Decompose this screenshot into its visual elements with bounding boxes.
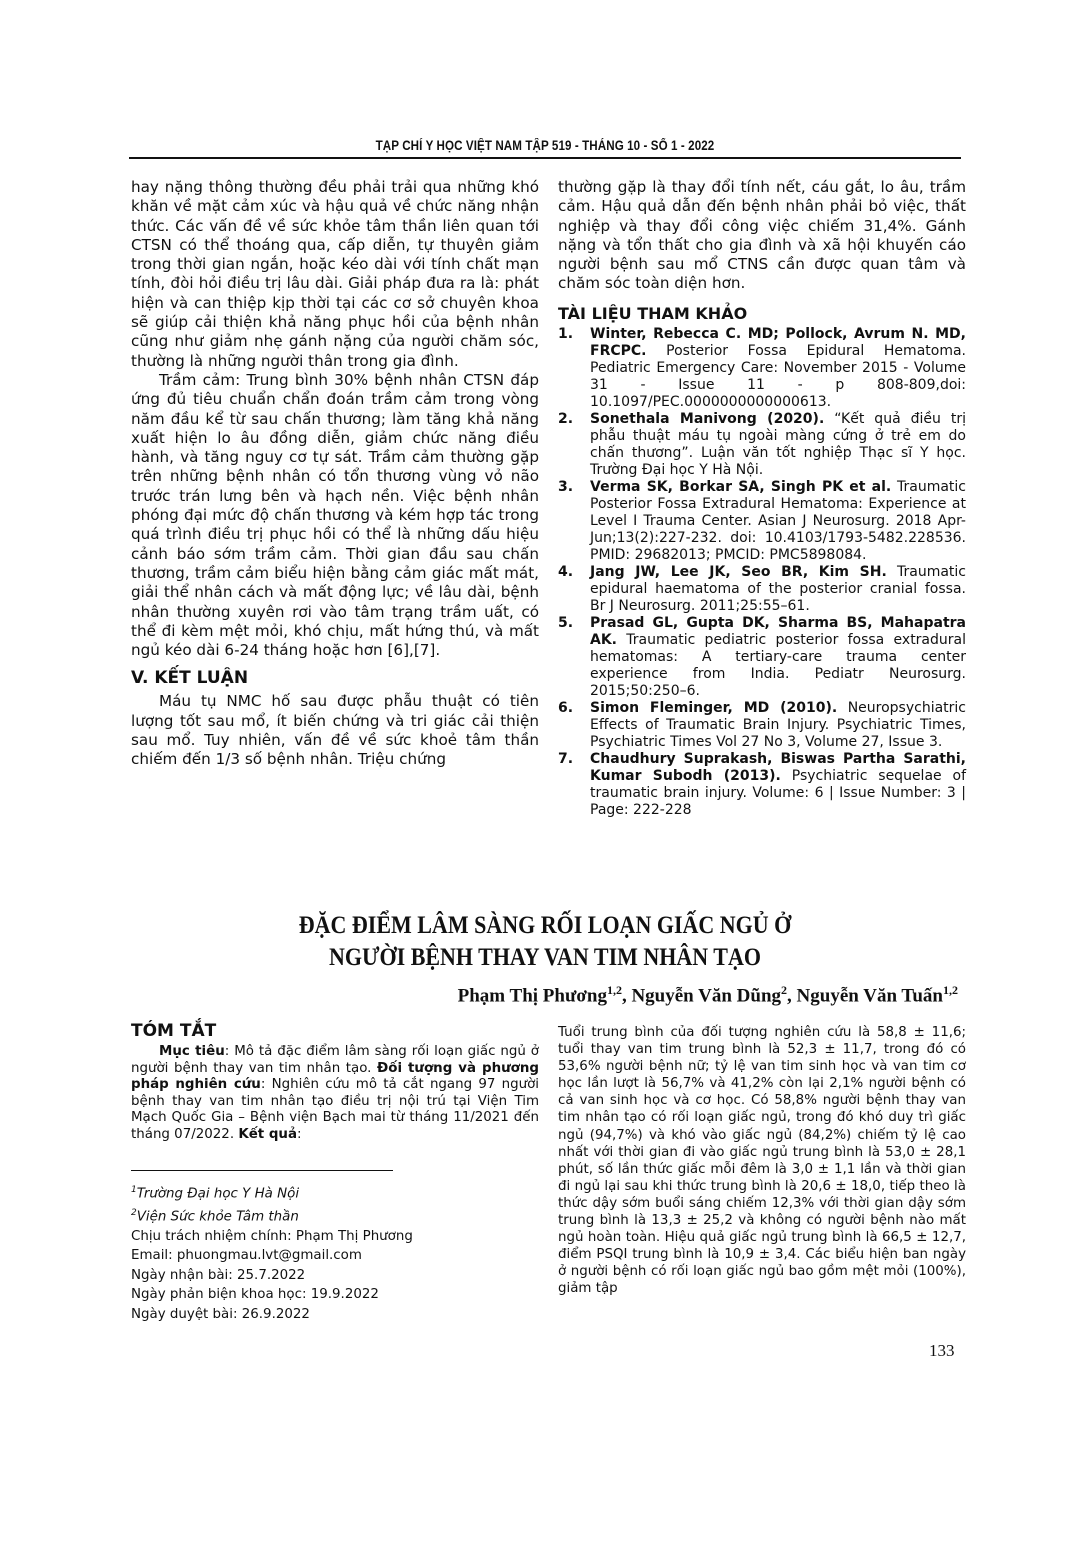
footnotes: 1Trường Đại học Y Hà Nội 2Viện Sức khỏe …	[131, 1181, 539, 1324]
reference-authors: Sonethala Manivong (2020).	[590, 411, 824, 427]
author-name: Nguyễn Văn Dũng	[631, 985, 781, 1006]
reference-number: 7.	[558, 751, 573, 768]
reference-number: 6.	[558, 700, 573, 717]
reference-item: 5.Prasad GL, Gupta DK, Sharma BS, Mahapa…	[558, 615, 966, 700]
reference-number: 2.	[558, 411, 573, 428]
date-accepted: Ngày duyệt bài: 26.9.2022	[131, 1305, 539, 1325]
section-heading-conclusion: V. KẾT LUẬN	[131, 668, 539, 689]
affiliation-text: Viện Sức khỏe Tâm thần	[137, 1209, 299, 1224]
footnote-divider	[131, 1170, 393, 1171]
article-title-line-1: ĐẶC ĐIỂM LÂM SÀNG RỐI LOẠN GIẤC NGỦ Ở	[206, 910, 884, 942]
article-title-line-2: NGƯỜI BỆNH THAY VAN TIM NHÂN TẠO	[206, 942, 884, 974]
abstract-right-column: Tuổi trung bình của đối tượng nghiên cứu…	[558, 1024, 966, 1298]
reference-item: 6.Simon Fleminger, MD (2010). Neuropsych…	[558, 700, 966, 751]
article-authors: Phạm Thị Phương1,2, Nguyễn Văn Dũng2, Ng…	[458, 983, 958, 1007]
abstract-text: Mục tiêu: Mô tả đặc điểm lâm sàng rối lo…	[131, 1044, 539, 1143]
reference-item: 7.Chaudhury Suprakash, Biswas Partha Sar…	[558, 751, 966, 819]
reference-item: 3.Verma SK, Borkar SA, Singh PK et al. T…	[558, 479, 966, 564]
article-title: ĐẶC ĐIỂM LÂM SÀNG RỐI LOẠN GIẤC NGỦ Ở NG…	[206, 910, 884, 974]
author-affiliation: 1,2	[943, 983, 958, 997]
reference-item: 4.Jang JW, Lee JK, Seo BR, Kim SH. Traum…	[558, 564, 966, 615]
author-name: Phạm Thị Phương	[458, 985, 607, 1006]
footnote-affiliation-1: 1Trường Đại học Y Hà Nội	[131, 1181, 539, 1204]
reference-authors: Simon Fleminger, MD (2010).	[590, 700, 837, 716]
abstract-heading: TÓM TẮT	[131, 1020, 539, 1042]
date-received: Ngày nhận bài: 25.7.2022	[131, 1266, 539, 1286]
journal-running-header: TẠP CHÍ Y HỌC VIỆT NAM TẬP 519 - THÁNG 1…	[187, 138, 903, 153]
author-affiliation: 2	[781, 983, 787, 997]
abstract-left-column: TÓM TẮT Mục tiêu: Mô tả đặc điểm lâm sàn…	[131, 1020, 539, 1143]
conclusion-paragraph: Máu tụ NMC hố sau được phẫu thuật có tiê…	[131, 692, 539, 769]
reference-text: Traumatic pediatric posterior fossa extr…	[590, 632, 966, 699]
date-reviewed: Ngày phản biện khoa học: 19.9.2022	[131, 1285, 539, 1305]
references-list: 1.Winter, Rebecca C. MD; Pollock, Avrum …	[558, 326, 966, 819]
contact-email: Email: phuongmau.lvt@gmail.com	[131, 1246, 539, 1266]
body-paragraph-depression: Trầm cảm: Trung bình 30% bệnh nhân CTSN …	[131, 371, 539, 660]
reference-authors: Verma SK, Borkar SA, Singh PK et al.	[590, 479, 891, 495]
author-affiliation: 1,2	[607, 983, 622, 997]
body-paragraph: hay nặng thông thường đều phải trải qua …	[131, 178, 539, 371]
corresponding-author: Chịu trách nhiệm chính: Phạm Thị Phương	[131, 1227, 539, 1247]
conclusion-continuation: thường gặp là thay đổi tính nết, cáu gắt…	[558, 178, 966, 294]
page-number: 133	[929, 1341, 955, 1361]
reference-text: Posterior Fossa Epidural Hematoma. Pedia…	[590, 343, 966, 410]
abstract-label-objective: Mục tiêu	[159, 1044, 225, 1059]
references-heading: TÀI LIỆU THAM KHẢO	[558, 304, 966, 324]
reference-number: 3.	[558, 479, 573, 496]
author-name: Nguyễn Văn Tuấn	[797, 985, 943, 1006]
reference-item: 2.Sonethala Manivong (2020). “Kết quả đi…	[558, 411, 966, 479]
header-divider	[129, 157, 961, 159]
previous-article-left-column: hay nặng thông thường đều phải trải qua …	[131, 178, 539, 770]
footnote-affiliation-2: 2Viện Sức khỏe Tâm thần	[131, 1204, 539, 1227]
previous-article-right-column: thường gặp là thay đổi tính nết, cáu gắt…	[558, 178, 966, 819]
abstract-results-colon: :	[297, 1127, 302, 1142]
affiliation-text: Trường Đại học Y Hà Nội	[137, 1186, 299, 1201]
reference-number: 4.	[558, 564, 573, 581]
reference-number: 5.	[558, 615, 573, 632]
reference-item: 1.Winter, Rebecca C. MD; Pollock, Avrum …	[558, 326, 966, 411]
reference-number: 1.	[558, 326, 573, 343]
reference-authors: Jang JW, Lee JK, Seo BR, Kim SH.	[590, 564, 887, 580]
abstract-label-results: Kết quả	[238, 1127, 297, 1142]
